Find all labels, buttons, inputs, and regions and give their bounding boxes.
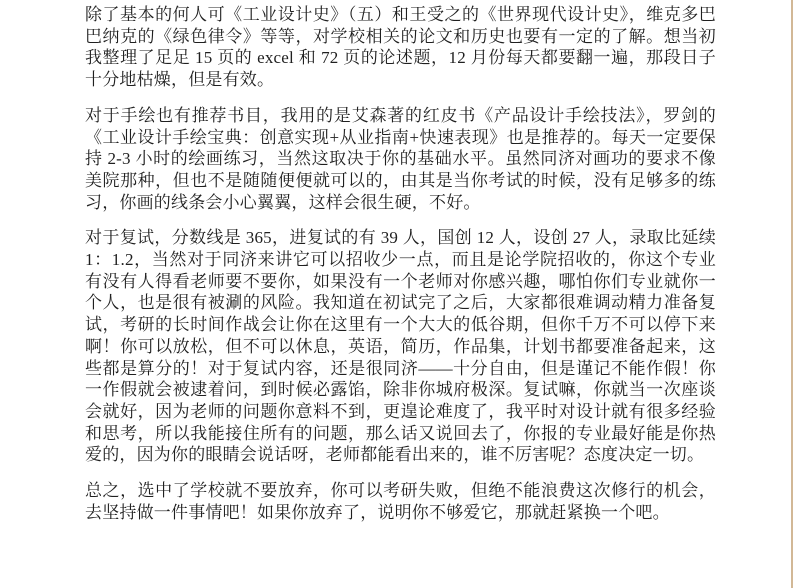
paragraph-retest-advice: 对于复试，分数线是 365，进复试的有 39 人，国创 12 人，设创 27 人… bbox=[85, 227, 716, 466]
paragraph-sketching-books: 对于手绘也有推荐书目，我用的是艾森著的红皮书《产品设计手绘技法》，罗剑的《工业设… bbox=[85, 105, 716, 214]
document-page: 除了基本的何人可《工业设计史》（五）和王受之的《世界现代设计史》，维克多巴巴纳克… bbox=[0, 0, 795, 588]
page-border-right bbox=[791, 0, 793, 588]
paragraph-conclusion: 总之，选中了学校就不要放弃，你可以考研失败，但绝不能浪费这次修行的机会，去坚持做… bbox=[85, 480, 716, 523]
paragraph-books-and-history: 除了基本的何人可《工业设计史》（五）和王受之的《世界现代设计史》，维克多巴巴纳克… bbox=[85, 4, 716, 91]
document-text-block: 除了基本的何人可《工业设计史》（五）和王受之的《世界现代设计史》，维克多巴巴纳克… bbox=[85, 4, 716, 523]
